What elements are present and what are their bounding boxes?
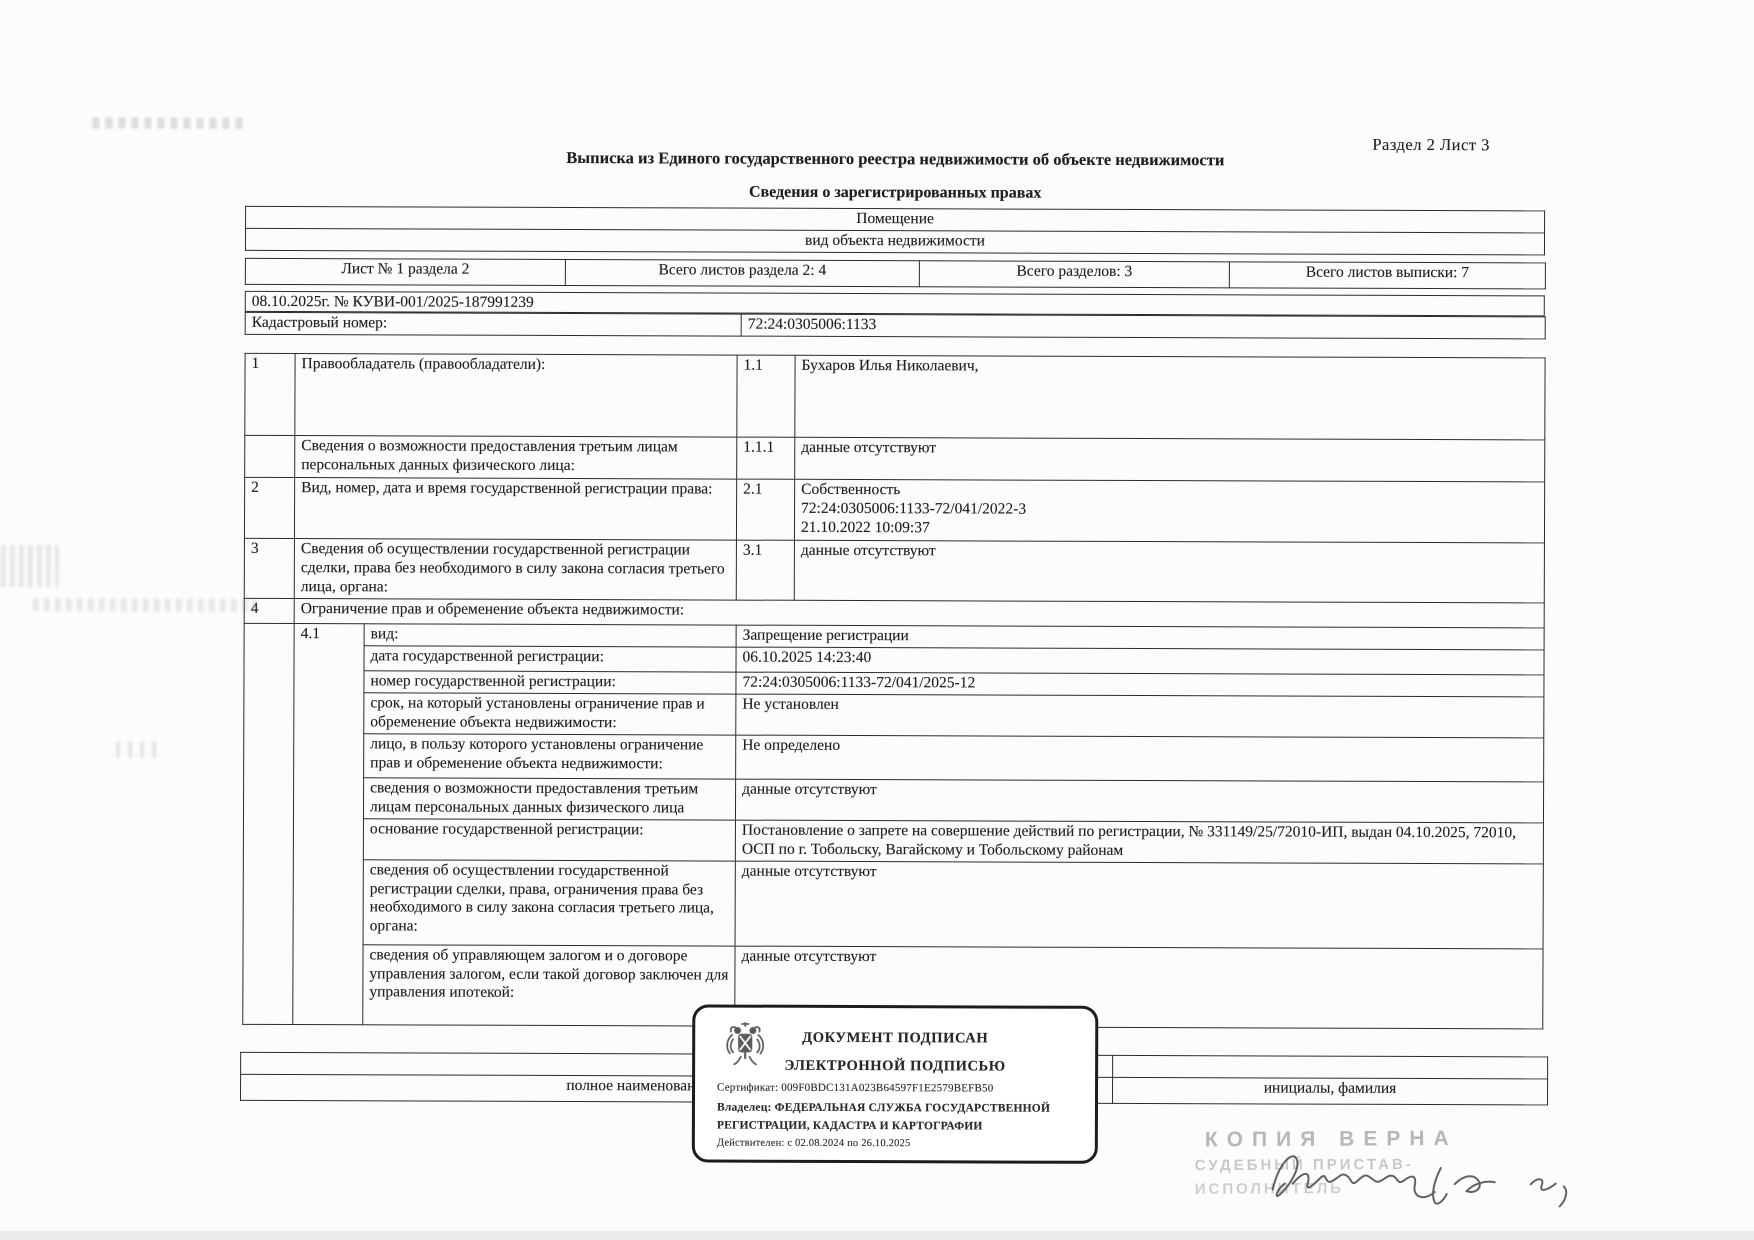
cadastral-number-table: Кадастровый номер: 72:24:0305006:1133 (245, 312, 1546, 340)
stamp-owner-line2: РЕГИСТРАЦИИ, КАДАСТРА И КАРТОГРАФИИ (717, 1120, 983, 1133)
row-value: данные отсутствуют (735, 779, 1543, 823)
table-row: 2 Вид, номер, дата и время государственн… (244, 477, 1544, 543)
row-value: Постановление о запрете на совершение де… (735, 820, 1543, 864)
scanned-document-page: Раздел 2 Лист 3 Выписка из Единого госуд… (0, 0, 1754, 1240)
scan-artifact (1, 545, 59, 587)
scan-artifact (116, 741, 158, 757)
row-subnumber: 1.1.1 (737, 437, 795, 479)
row-subnumber: 1.1 (737, 355, 795, 437)
row-label: Сведения о возможности предоставления тр… (295, 436, 737, 480)
row-label: Правообладатель (правообладатели): (295, 354, 737, 438)
sheet-number-cell: Лист № 1 раздела 2 (245, 258, 565, 285)
row-label: Вид, номер, дата и время государственной… (294, 478, 736, 541)
table-row: 1 Правообладатель (правообладатели): 1.1… (245, 353, 1545, 440)
object-type-caption: вид объекта недвижимости (245, 228, 1544, 255)
stamp-certificate: Сертификат: 009F0BDC131A023B64597F1E2579… (717, 1082, 993, 1095)
row-label: лицо, в пользу которого установлены огра… (364, 734, 736, 779)
row-label: Сведения об осуществлении государственно… (294, 539, 736, 601)
row-number: 2 (244, 477, 294, 538)
row-label: сведения об осуществлении государственно… (363, 859, 735, 945)
stamp-owner-line1: Владелец: ФЕДЕРАЛЬНАЯ СЛУЖБА ГОСУДАРСТВЕ… (717, 1102, 1050, 1115)
document-title: Выписка из Единого государственного реес… (245, 147, 1545, 172)
row-value: 72:24:0305006:1133-72/041/2025-12 (736, 672, 1544, 697)
row-value: данные отсутствуют (794, 540, 1544, 603)
registered-rights-table: 1 Правообладатель (правообладатели): 1.1… (242, 353, 1545, 1029)
row-number (243, 623, 294, 1024)
cadastral-number-label: Кадастровый номер: (245, 312, 741, 336)
row-value: данные отсутствуют (735, 861, 1543, 949)
table-row: вид объекта недвижимости (245, 228, 1544, 255)
stamp-title-line2: ЭЛЕКТРОННОЙ ПОДПИСЬЮ (695, 1057, 1095, 1075)
row-label: дата государственной регистрации: (364, 646, 736, 672)
name-label: инициалы, фамилия (1112, 1077, 1547, 1105)
table-row: 3 Сведения об осуществлении государствен… (244, 538, 1544, 603)
table-row: сведения о возможности предоставления тр… (243, 777, 1543, 822)
section-sheets-total-cell: Всего листов раздела 2: 4 (565, 259, 919, 286)
table-row: основание государственной регистрации: П… (243, 818, 1543, 863)
row-label: сведения о возможности предоставления тр… (363, 778, 735, 820)
table-row: Лист № 1 раздела 2 Всего листов раздела … (245, 258, 1545, 289)
row-label: сведения об управляющем залогом и о дого… (363, 944, 735, 1025)
row-value: данные отсутствуют (795, 437, 1545, 482)
row-label: основание государственной регистрации: (363, 819, 735, 861)
row-value: 06.10.2025 14:23:40 (736, 647, 1544, 675)
stamp-validity: Действителен: с 02.08.2024 по 26.10.2025 (717, 1138, 911, 1150)
row-number (245, 435, 295, 477)
scan-artifact (92, 117, 242, 129)
stamp-title-line1: ДОКУМЕНТ ПОДПИСАН (695, 1029, 1095, 1047)
sections-total-cell: Всего разделов: 3 (919, 261, 1229, 288)
row-value: Запрещение регистрации (736, 625, 1544, 650)
table-row: сведения об осуществлении государственно… (243, 859, 1543, 949)
row-number: 4 (244, 598, 294, 623)
table-row: Кадастровый номер: 72:24:0305006:1133 (245, 312, 1545, 339)
object-type-table: Помещение вид объекта недвижимости (245, 206, 1545, 256)
sheet-counts-table: Лист № 1 раздела 2 Всего листов раздела … (245, 258, 1546, 290)
row-value: Собственность 72:24:0305006:1133-72/041/… (794, 479, 1544, 543)
row-value: Бухаров Илья Николаевич, (795, 355, 1545, 440)
handwritten-signature (1259, 1131, 1579, 1216)
row-subnumber: 3.1 (736, 540, 794, 600)
page-bottom-strip (0, 1231, 1754, 1240)
table-row: Сведения о возможности предоставления тр… (245, 435, 1545, 482)
row-value: Не установлен (736, 694, 1544, 738)
row-label: срок, на который установлены ограничение… (364, 693, 736, 735)
row-value: Не определено (736, 735, 1544, 782)
row-subnumber: 2.1 (736, 479, 794, 540)
extract-sheets-total-cell: Всего листов выписки: 7 (1229, 262, 1545, 289)
scan-artifact (33, 598, 258, 612)
row-label: вид: (364, 624, 736, 647)
table-row: лицо, в пользу которого установлены огра… (244, 733, 1544, 782)
document-subtitle: Сведения о зарегистрированных правах (245, 182, 1545, 205)
row-number: 3 (244, 538, 294, 598)
electronic-signature-stamp: ДОКУМЕНТ ПОДПИСАН ЭЛЕКТРОННОЙ ПОДПИСЬЮ С… (692, 1004, 1099, 1163)
row-label: номер государственной регистрации: (364, 671, 736, 694)
egrn-extract-document: Раздел 2 Лист 3 Выписка из Единого госуд… (0, 0, 1754, 1240)
cadastral-number-value: 72:24:0305006:1133 (741, 314, 1545, 339)
signature-space-right (1113, 1055, 1548, 1079)
row-subnumber: 4.1 (293, 624, 364, 1025)
table-row: срок, на который установлены ограничение… (244, 692, 1544, 738)
row-number: 1 (245, 353, 295, 435)
